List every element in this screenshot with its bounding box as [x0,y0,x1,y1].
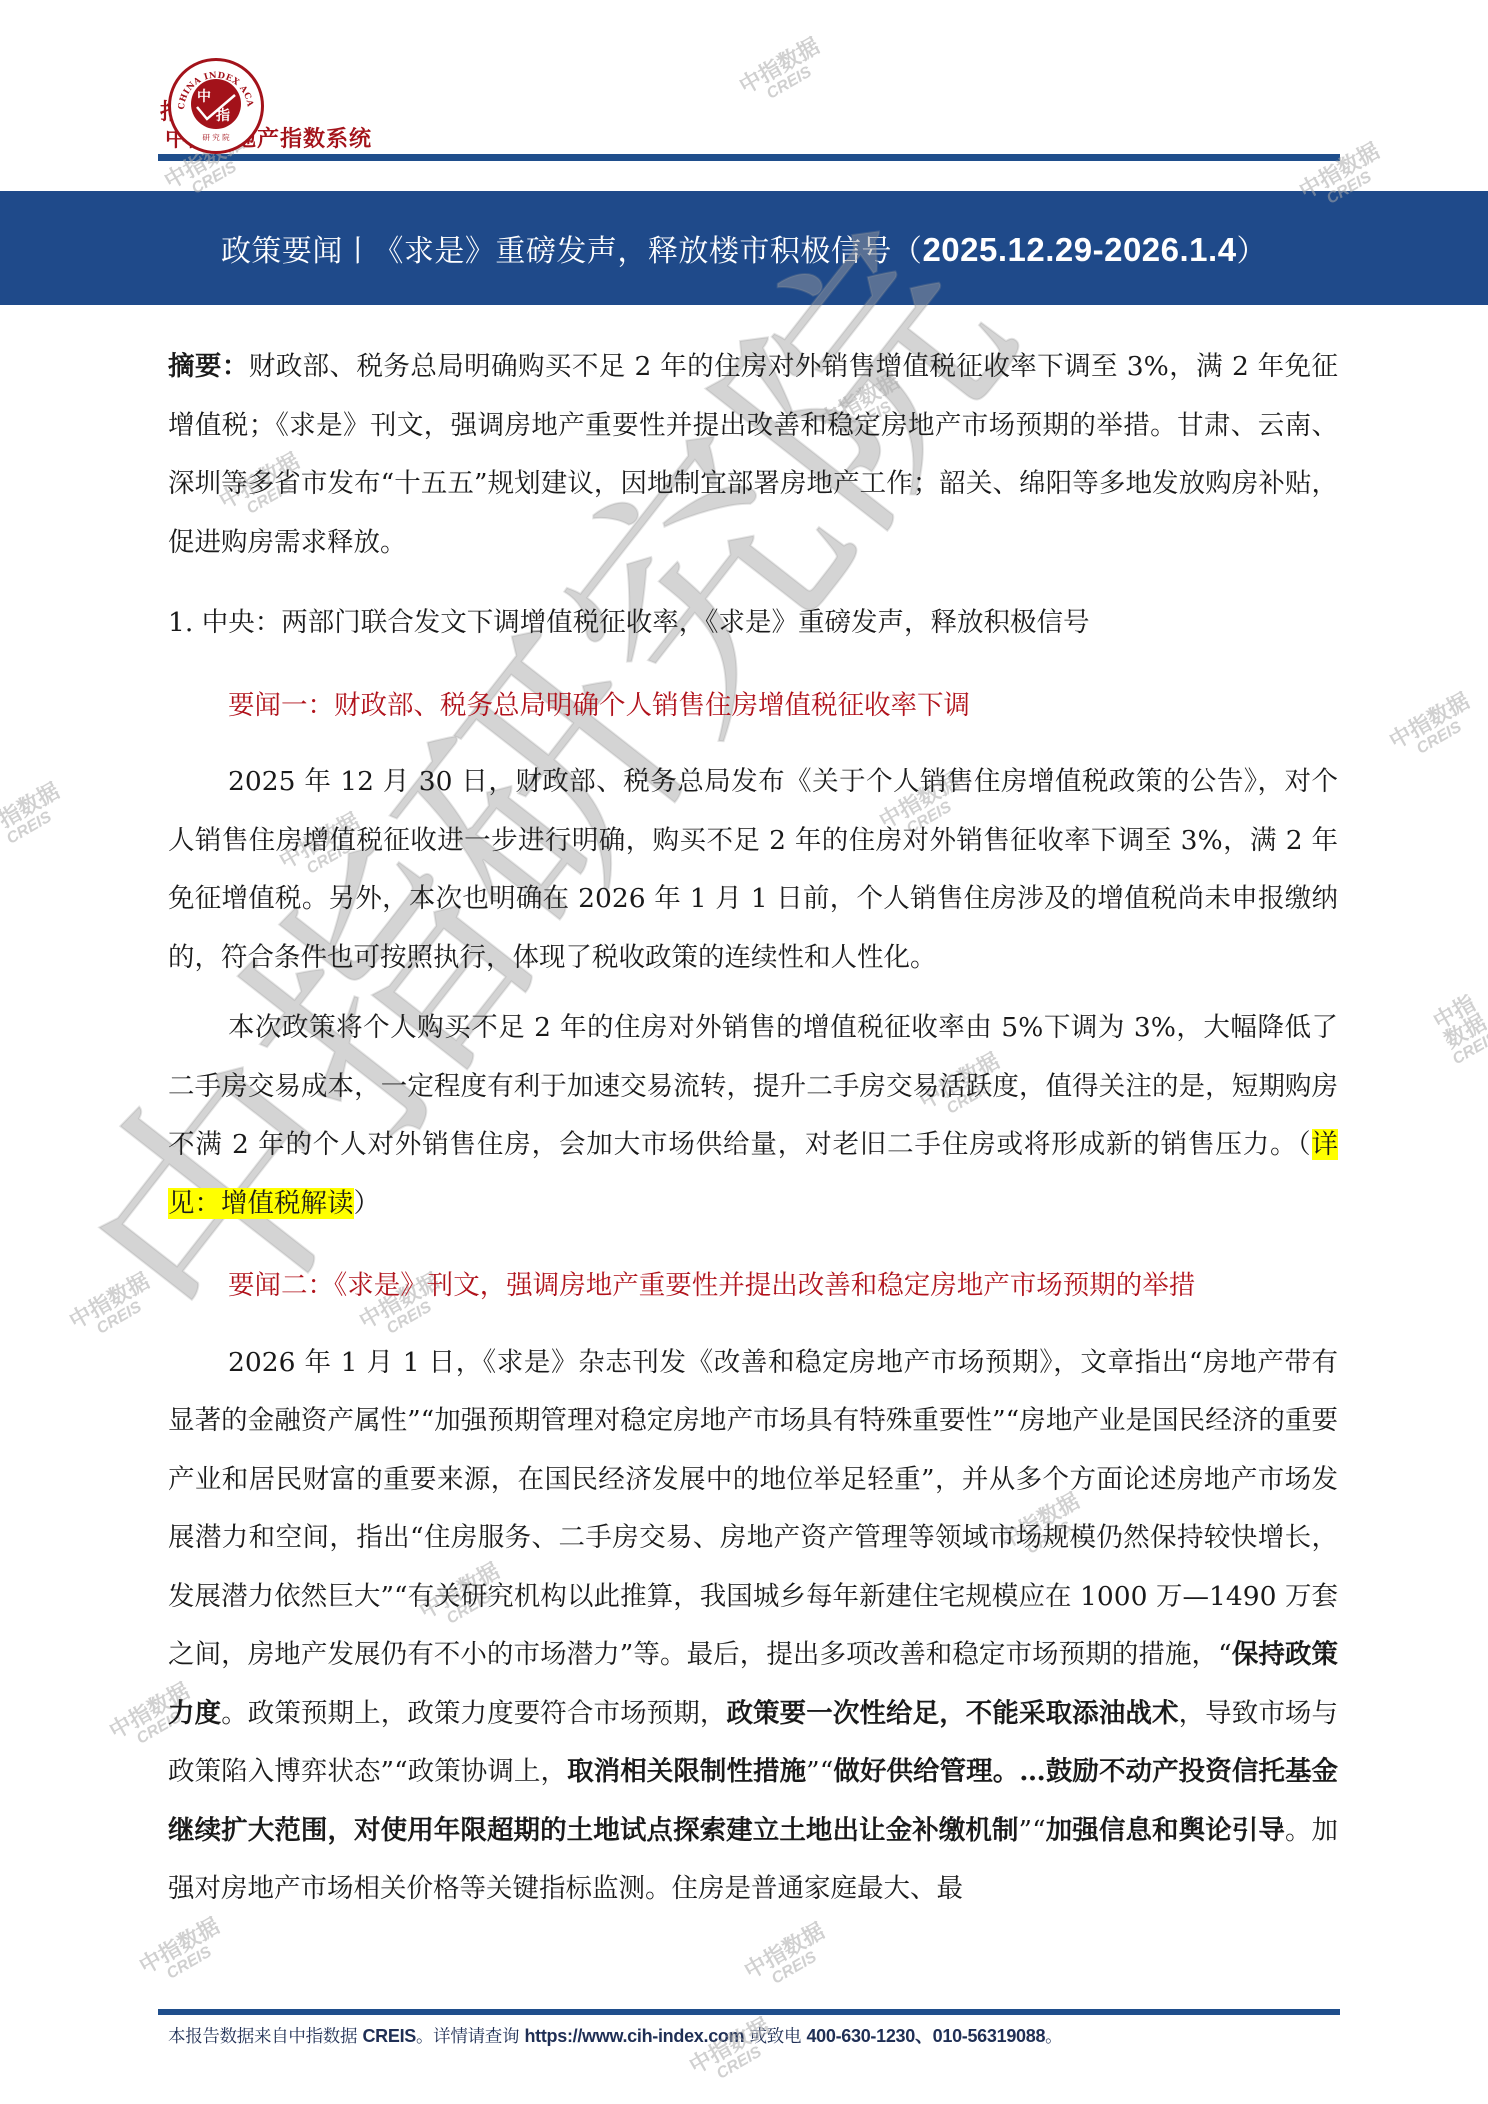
footer-phone: 400-630-1230、010-56319088 [806,2026,1045,2046]
news-heading-2: 要闻二：《求是》刊文，强调房地产重要性并提出改善和稳定房地产市场预期的举措 [168,1257,1338,1316]
svg-text:研 究 院: 研 究 院 [202,132,230,142]
summary-label: 摘要： [168,351,249,382]
china-index-academy-logo: CHINA INDEX ACADEMY 研 究 院 中 指 [168,58,264,154]
watermark-small: 中指数据CREIS [0,781,72,858]
logo-emblem: 中 指 [191,79,241,129]
logo-char-zhong: 中 [197,86,211,106]
title-close: ） [1237,234,1268,269]
news2-paragraph-1: 2026 年 1 月 1 日，《求是》杂志刊发《改善和稳定房地产市场预期》，文章… [168,1334,1338,1919]
header-divider [158,154,1340,161]
summary: 摘要：财政部、税务总局明确购买不足 2 年的住房对外销售增值税征收率下调至 3%… [168,338,1338,572]
watermark-small: 中指数据CREIS [136,1916,231,1993]
summary-text: 财政部、税务总局明确购买不足 2 年的住房对外销售增值税征收率下调至 3%，满 … [168,351,1338,558]
news1-paragraph-1: 2025 年 12 月 30 日，财政部、税务总局发布《关于个人销售住房增值税政… [168,753,1338,987]
news-heading-1: 要闻一：财政部、税务总局明确个人销售住房增值税征收率下调 [168,677,1338,736]
watermark-small: 中指数据CREIS [736,36,831,113]
footer-source-note: 本报告数据来自中指数据 CREIS。详情请查询 https://www.cih-… [168,2022,1062,2048]
footer-divider [158,2009,1340,2015]
watermark-small: 中指数据CREIS [66,1271,161,1348]
logo-char-zhi: 指 [216,105,230,125]
section-heading-central: 1. 中央：两部门联合发文下调增值税征收率，《求是》重磅发声，释放积极信号 [168,594,1338,653]
watermark-small: 中指数据CREIS [741,1921,836,1998]
watermark-small: 中指数据CREIS [1386,691,1481,768]
title-date-range: 2025.12.29-2026.1.4 [922,231,1236,268]
watermark-small: 中指数据CREIS [1428,992,1488,1068]
document-body: 摘要：财政部、税务总局明确购买不足 2 年的住房对外销售增值税征收率下调至 3%… [168,338,1338,1919]
news1-paragraph-2: 本次政策将个人购买不足 2 年的住房对外销售的增值税征收率由 5%下调为 3%，… [168,999,1338,1233]
